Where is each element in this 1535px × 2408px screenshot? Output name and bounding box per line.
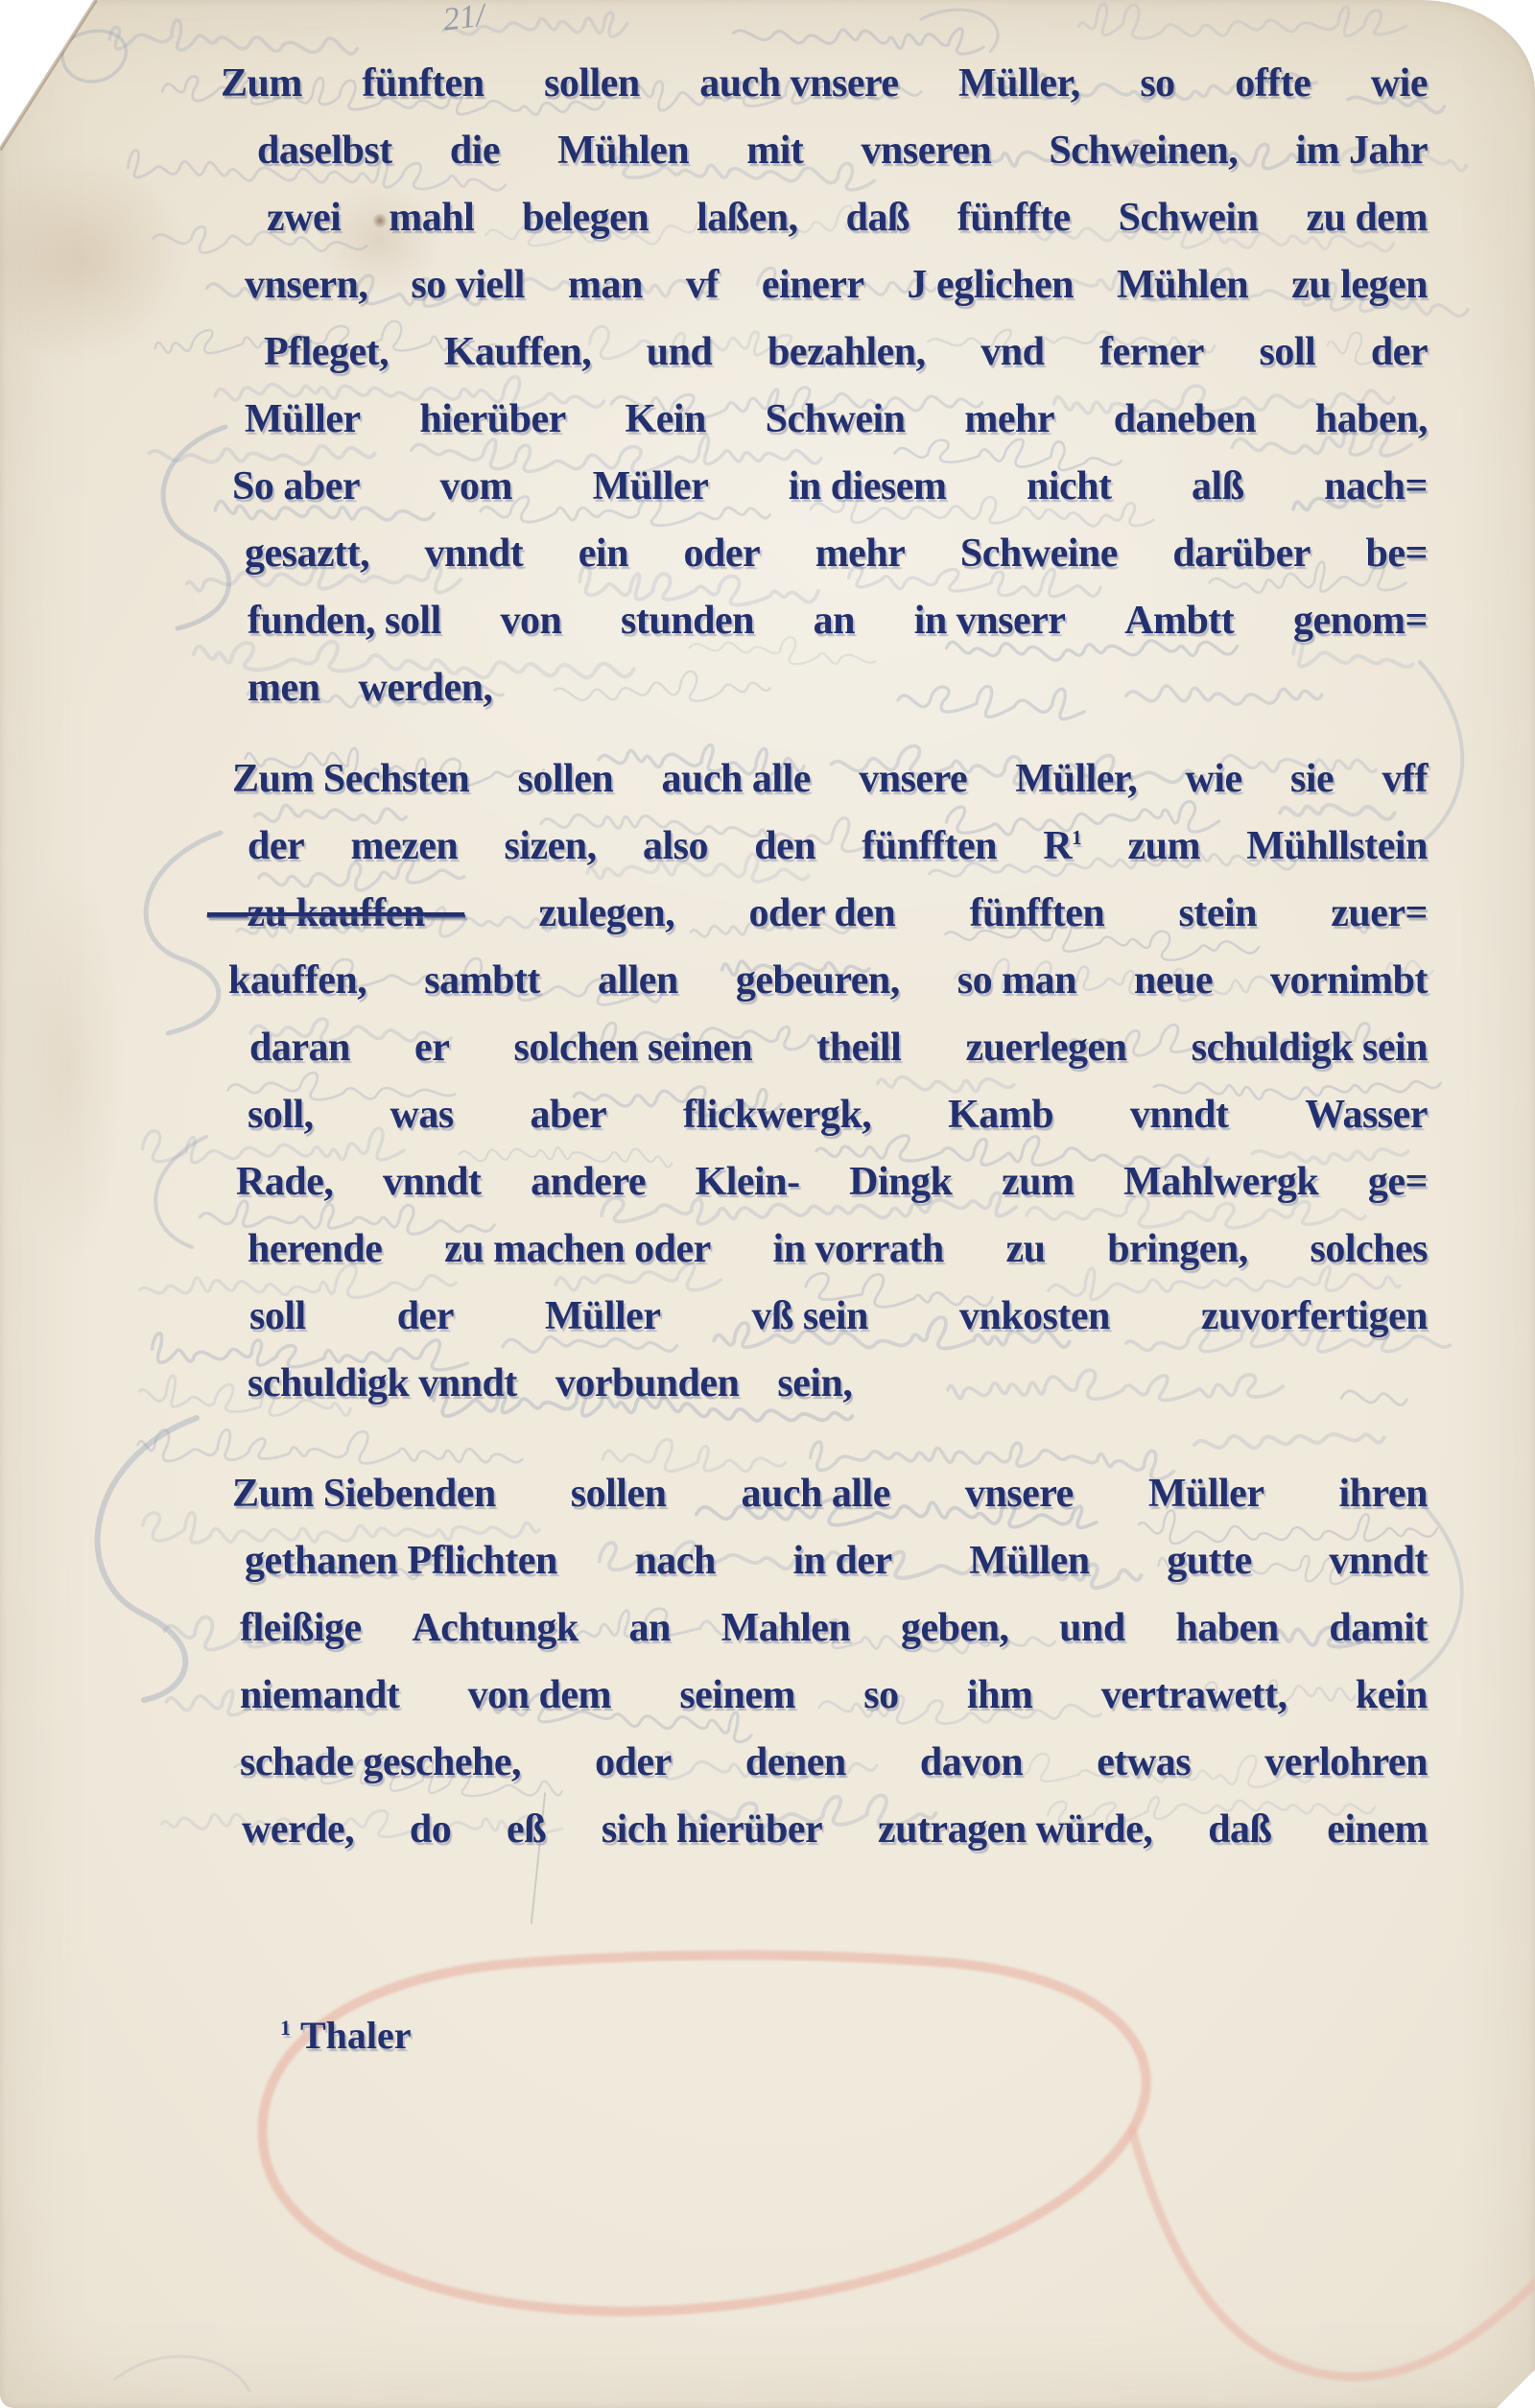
text-word: er — [414, 1014, 449, 1081]
text-line: Zum Sechstensollenauch allevnsereMüller,… — [232, 745, 1428, 813]
text-word: eß — [507, 1796, 546, 1863]
text-word: mehr — [815, 520, 906, 587]
text-word: Müller — [593, 453, 709, 520]
text-word: vnsern, — [245, 251, 367, 319]
text-word: allen — [598, 947, 678, 1014]
text-line: Pfleget,Kauffen,undbezahlen,vndfernersol… — [264, 319, 1428, 386]
text-word: sein, — [777, 1350, 852, 1417]
text-word: sollen — [544, 50, 640, 117]
text-word: nicht — [1027, 453, 1112, 520]
text-word: verlohren — [1264, 1729, 1428, 1796]
text-word: geben, — [901, 1594, 1009, 1662]
text-word: do — [410, 1796, 451, 1863]
text-word: zu dem — [1306, 184, 1428, 251]
text-word: be= — [1365, 520, 1427, 587]
text-line: daselbstdieMühlenmitvnserenSchweinen,im … — [257, 117, 1428, 184]
text-word: Schwein — [766, 386, 906, 453]
text-word: belegen — [522, 184, 649, 251]
text-word: niemandt — [240, 1662, 399, 1729]
text-word: vorbunden — [555, 1350, 740, 1417]
text-word: davon — [920, 1729, 1023, 1796]
text-word: Müller, — [958, 50, 1080, 117]
text-word: Mühllstein — [1246, 813, 1428, 880]
text-word: von — [500, 587, 561, 654]
text-word: Kauffen, — [444, 319, 592, 386]
text-word: Zum Siebenden — [232, 1460, 496, 1527]
text-word: schade geschehe, — [240, 1729, 521, 1796]
text-word: Mühlen — [1117, 251, 1248, 319]
text-word: kein — [1356, 1662, 1428, 1729]
text-word: einerr — [762, 251, 864, 319]
manuscript-page: 21/ Zumfünftensollenauch vnsereMüller,so… — [0, 0, 1535, 2408]
text-word: ge= — [1368, 1148, 1428, 1216]
text-line: schade geschehe,oderdenendavonetwasverlo… — [240, 1729, 1428, 1796]
text-word: so viell — [411, 251, 525, 319]
text-word: fleißige — [240, 1594, 362, 1662]
text-word: men — [248, 654, 320, 721]
text-word: Zum — [221, 50, 302, 117]
text-word: vnseren — [862, 117, 992, 184]
text-word: auch vnsere — [699, 50, 898, 117]
text-word: haben, — [1315, 386, 1428, 453]
text-word: in diesem — [789, 453, 947, 520]
text-word: vff — [1381, 745, 1427, 813]
text-word: zutragen würde, — [878, 1796, 1152, 1863]
text-word: daß — [846, 184, 909, 251]
text-line: —zu kauffen—zulegen,oder denfünfftenstei… — [207, 880, 1428, 947]
text-word: soll — [249, 1283, 306, 1350]
text-word: oder — [683, 520, 760, 587]
text-word: vnd — [980, 319, 1044, 386]
text-word: fünffte — [957, 184, 1071, 251]
text-word: bezahlen, — [767, 319, 926, 386]
text-word: zu machen oder — [444, 1216, 711, 1283]
text-word: haben — [1175, 1594, 1278, 1662]
text-line: Rade,vnndtandereKlein-DingkzumMahlwergkg… — [236, 1148, 1428, 1216]
text-word: sambtt — [424, 947, 540, 1014]
text-word: gethanen Pflichten — [245, 1527, 557, 1594]
text-word: Kein — [626, 386, 706, 453]
text-word: daselbst — [257, 117, 392, 184]
text-word: andere — [531, 1148, 646, 1216]
text-word: solches — [1310, 1216, 1428, 1283]
text-word: daran — [249, 1014, 350, 1081]
text-word: daneben — [1114, 386, 1256, 453]
text-line: niemandtvon demseinemsoihmvertrawett,kei… — [240, 1662, 1428, 1729]
text-word: soll, — [248, 1081, 314, 1148]
text-word: sollen — [518, 745, 614, 813]
text-word: die — [450, 117, 500, 184]
text-word: R1 — [1043, 813, 1081, 880]
text-word: so — [1140, 50, 1174, 117]
text-word: mit — [746, 117, 803, 184]
text-word: so — [863, 1662, 898, 1729]
text-word: werden, — [359, 654, 493, 721]
text-word: vnsere — [965, 1460, 1074, 1527]
text-word: Mühlen — [557, 117, 689, 184]
text-word: Wasser — [1305, 1081, 1428, 1148]
text-word: vnndt — [1130, 1081, 1229, 1148]
text-word: Ambtt — [1124, 587, 1234, 654]
text-line: daranersolchen seinentheillzuerlegenschu… — [249, 1014, 1428, 1081]
text-section-zum-fuenften: Zumfünftensollenauch vnsereMüller,soofft… — [221, 50, 1428, 721]
text-word: und — [647, 319, 713, 386]
text-word: zuer= — [1331, 880, 1428, 947]
text-word: werde, — [242, 1796, 354, 1863]
text-word: zum — [1002, 1148, 1074, 1216]
text-line: MüllerhierüberKeinSchweinmehrdanebenhabe… — [245, 386, 1428, 453]
text-word: wie — [1371, 50, 1428, 117]
text-word: Mahlen — [721, 1594, 851, 1662]
text-word: Müller — [245, 386, 361, 453]
text-word: vnndt — [425, 520, 524, 587]
text-word: Achtungk — [412, 1594, 578, 1662]
text-word: Pfleget, — [264, 319, 389, 386]
text-word: Rade, — [236, 1148, 333, 1216]
text-word: man — [568, 251, 643, 319]
text-word: vf — [686, 251, 719, 319]
text-word: Müller, — [1015, 745, 1137, 813]
text-word: ihm — [967, 1662, 1033, 1729]
text-word: theill — [816, 1014, 901, 1081]
text-word: soll — [1260, 319, 1316, 386]
text-word: neue — [1134, 947, 1213, 1014]
text-line: menwerden, — [248, 654, 1428, 721]
text-word: vnndt — [1329, 1527, 1428, 1594]
text-word: also — [643, 813, 708, 880]
text-word: fünften — [362, 50, 484, 117]
text-word: mahl — [389, 184, 474, 251]
text-word: ein — [579, 520, 628, 587]
text-section-zum-sechsten: Zum Sechstensollenauch allevnsereMüller,… — [221, 745, 1428, 1417]
text-word: flickwergk, — [683, 1081, 871, 1148]
text-word: —zu kauffen— — [207, 880, 464, 947]
footnote-marker: 1 — [280, 2016, 291, 2040]
text-word: bringen, — [1107, 1216, 1248, 1283]
text-word: im Jahr — [1295, 117, 1428, 184]
text-word: ferner — [1099, 319, 1204, 386]
text-word: oder — [595, 1729, 672, 1796]
page-number-annotation: 21/ — [441, 0, 487, 39]
text-line: schuldigk vnndtvorbundensein, — [248, 1350, 1428, 1417]
text-word: alß — [1192, 453, 1244, 520]
text-word: aber — [531, 1081, 607, 1148]
footnote-text: Thaler — [300, 2014, 412, 2057]
text-word: in vnserr — [914, 587, 1066, 654]
text-line: herendezu machen oderin vorrathzubringen… — [248, 1216, 1428, 1283]
text-line: soll,wasaberflickwergk,KambvnndtWasser — [248, 1081, 1428, 1148]
text-line: zweimahlbelegenlaßen,daßfünffteSchweinzu… — [267, 184, 1428, 251]
text-word: vnndt — [383, 1148, 482, 1216]
text-word: den — [754, 813, 815, 880]
text-word: schuldigk vnndt — [248, 1350, 517, 1417]
text-word: schuldigk sein — [1192, 1014, 1428, 1081]
text-word: an — [628, 1594, 670, 1662]
text-word: damit — [1329, 1594, 1428, 1662]
text-line: sollderMüllervß seinvnkostenzuvorfertige… — [249, 1283, 1428, 1350]
text-word: darüber — [1172, 520, 1311, 587]
text-word: kauffen, — [228, 947, 366, 1014]
text-word: Schweine — [960, 520, 1118, 587]
text-section-zum-siebenden: Zum Siebendensollenauch allevnsereMüller… — [221, 1460, 1428, 1863]
text-word: Klein- — [696, 1148, 800, 1216]
text-word: auch alle — [662, 745, 811, 813]
text-word: vß sein — [751, 1283, 867, 1350]
text-word: funden, soll — [248, 587, 441, 654]
text-line: Zum Siebendensollenauch allevnsereMüller… — [232, 1460, 1428, 1527]
text-word: zu legen — [1291, 251, 1428, 319]
text-word: offte — [1235, 50, 1311, 117]
text-word: Zum Sechsten — [232, 745, 469, 813]
text-word: auch alle — [742, 1460, 890, 1527]
text-word: Mahlwergk — [1123, 1148, 1318, 1216]
text-word: Schwein — [1119, 184, 1259, 251]
text-word: sie — [1290, 745, 1334, 813]
text-word: nach — [634, 1527, 715, 1594]
text-word: vnkosten — [959, 1283, 1110, 1350]
text-line: fleißigeAchtungkanMahlengeben,undhabenda… — [240, 1594, 1428, 1662]
text-word: wie — [1186, 745, 1242, 813]
text-line: gesaztt,vnndteinodermehrSchweinedarüberb… — [245, 520, 1428, 587]
text-word: einem — [1327, 1796, 1428, 1863]
text-word: Müllen — [969, 1527, 1089, 1594]
text-word: hierüber — [419, 386, 565, 453]
text-word: zulegen, — [538, 880, 674, 947]
text-word: stunden — [621, 587, 754, 654]
text-word: laßen, — [697, 184, 798, 251]
text-word: vnsere — [859, 745, 967, 813]
text-word: in der — [792, 1527, 891, 1594]
text-word: an — [814, 587, 855, 654]
text-word: Dingk — [849, 1148, 952, 1216]
text-block: Zumfünftensollenauch vnsereMüller,soofft… — [221, 50, 1428, 1863]
text-word: und — [1059, 1594, 1125, 1662]
text-line: werde,doeßsich hierüberzutragen würde,da… — [242, 1796, 1428, 1863]
text-word: sizen, — [505, 813, 597, 880]
text-word: So aber — [232, 453, 360, 520]
text-line: So abervomMüllerin diesemnichtalßnach= — [232, 453, 1428, 520]
text-line: funden, sollvonstundenanin vnserrAmbttge… — [248, 587, 1428, 654]
text-word: gesaztt, — [245, 520, 369, 587]
text-word: J eglichen — [908, 251, 1074, 319]
text-word: sich hierüber — [602, 1796, 822, 1863]
text-word: mezen — [350, 813, 458, 880]
text-word: was — [390, 1081, 454, 1148]
text-word: der — [1371, 319, 1428, 386]
text-word: zum — [1127, 813, 1200, 880]
text-word: seinem — [679, 1662, 795, 1729]
text-word: fünfften — [862, 813, 997, 880]
text-word: fünfften — [970, 880, 1105, 947]
text-word: etwas — [1097, 1729, 1191, 1796]
text-word: Müller — [545, 1283, 661, 1350]
text-word: vornimbt — [1270, 947, 1428, 1014]
text-line: kauffen,sambttallengebeuren,so manneuevo… — [228, 947, 1428, 1014]
text-word: stein — [1179, 880, 1258, 947]
text-word: daß — [1208, 1796, 1271, 1863]
text-line: gethanen Pflichtennachin derMüllenguttev… — [245, 1527, 1428, 1594]
text-word: der — [397, 1283, 454, 1350]
text-word: zwei — [267, 184, 341, 251]
text-word: denen — [745, 1729, 846, 1796]
text-word: vom — [440, 453, 513, 520]
footnote: 1Thaler — [280, 2013, 412, 2058]
text-word: nach= — [1324, 453, 1428, 520]
text-word: Schweinen, — [1049, 117, 1238, 184]
text-word: oder den — [749, 880, 896, 947]
text-word: ihren — [1339, 1460, 1428, 1527]
text-line: Zumfünftensollenauch vnsereMüller,soofft… — [221, 50, 1428, 117]
text-word: zuerlegen — [965, 1014, 1126, 1081]
text-word: von dem — [468, 1662, 611, 1729]
text-word: gebeuren, — [736, 947, 900, 1014]
text-word: der — [248, 813, 304, 880]
text-word: solchen seinen — [514, 1014, 753, 1081]
text-word: in vorrath — [773, 1216, 944, 1283]
text-word: gutte — [1167, 1527, 1251, 1594]
text-line: dermezensizen,alsodenfünfftenR1zumMühlls… — [248, 813, 1428, 880]
text-word: vertrawett, — [1101, 1662, 1287, 1729]
text-word: herende — [248, 1216, 382, 1283]
text-word: zu — [1005, 1216, 1045, 1283]
text-word: mehr — [964, 386, 1054, 453]
text-word: sollen — [571, 1460, 667, 1527]
text-word: zuvorfertigen — [1201, 1283, 1428, 1350]
text-word: Müller — [1148, 1460, 1264, 1527]
text-line: vnsern,so viellmanvfeinerrJ eglichenMühl… — [245, 251, 1428, 319]
text-word: Kamb — [948, 1081, 1053, 1148]
text-word: so man — [957, 947, 1076, 1014]
text-word: genom= — [1293, 587, 1428, 654]
